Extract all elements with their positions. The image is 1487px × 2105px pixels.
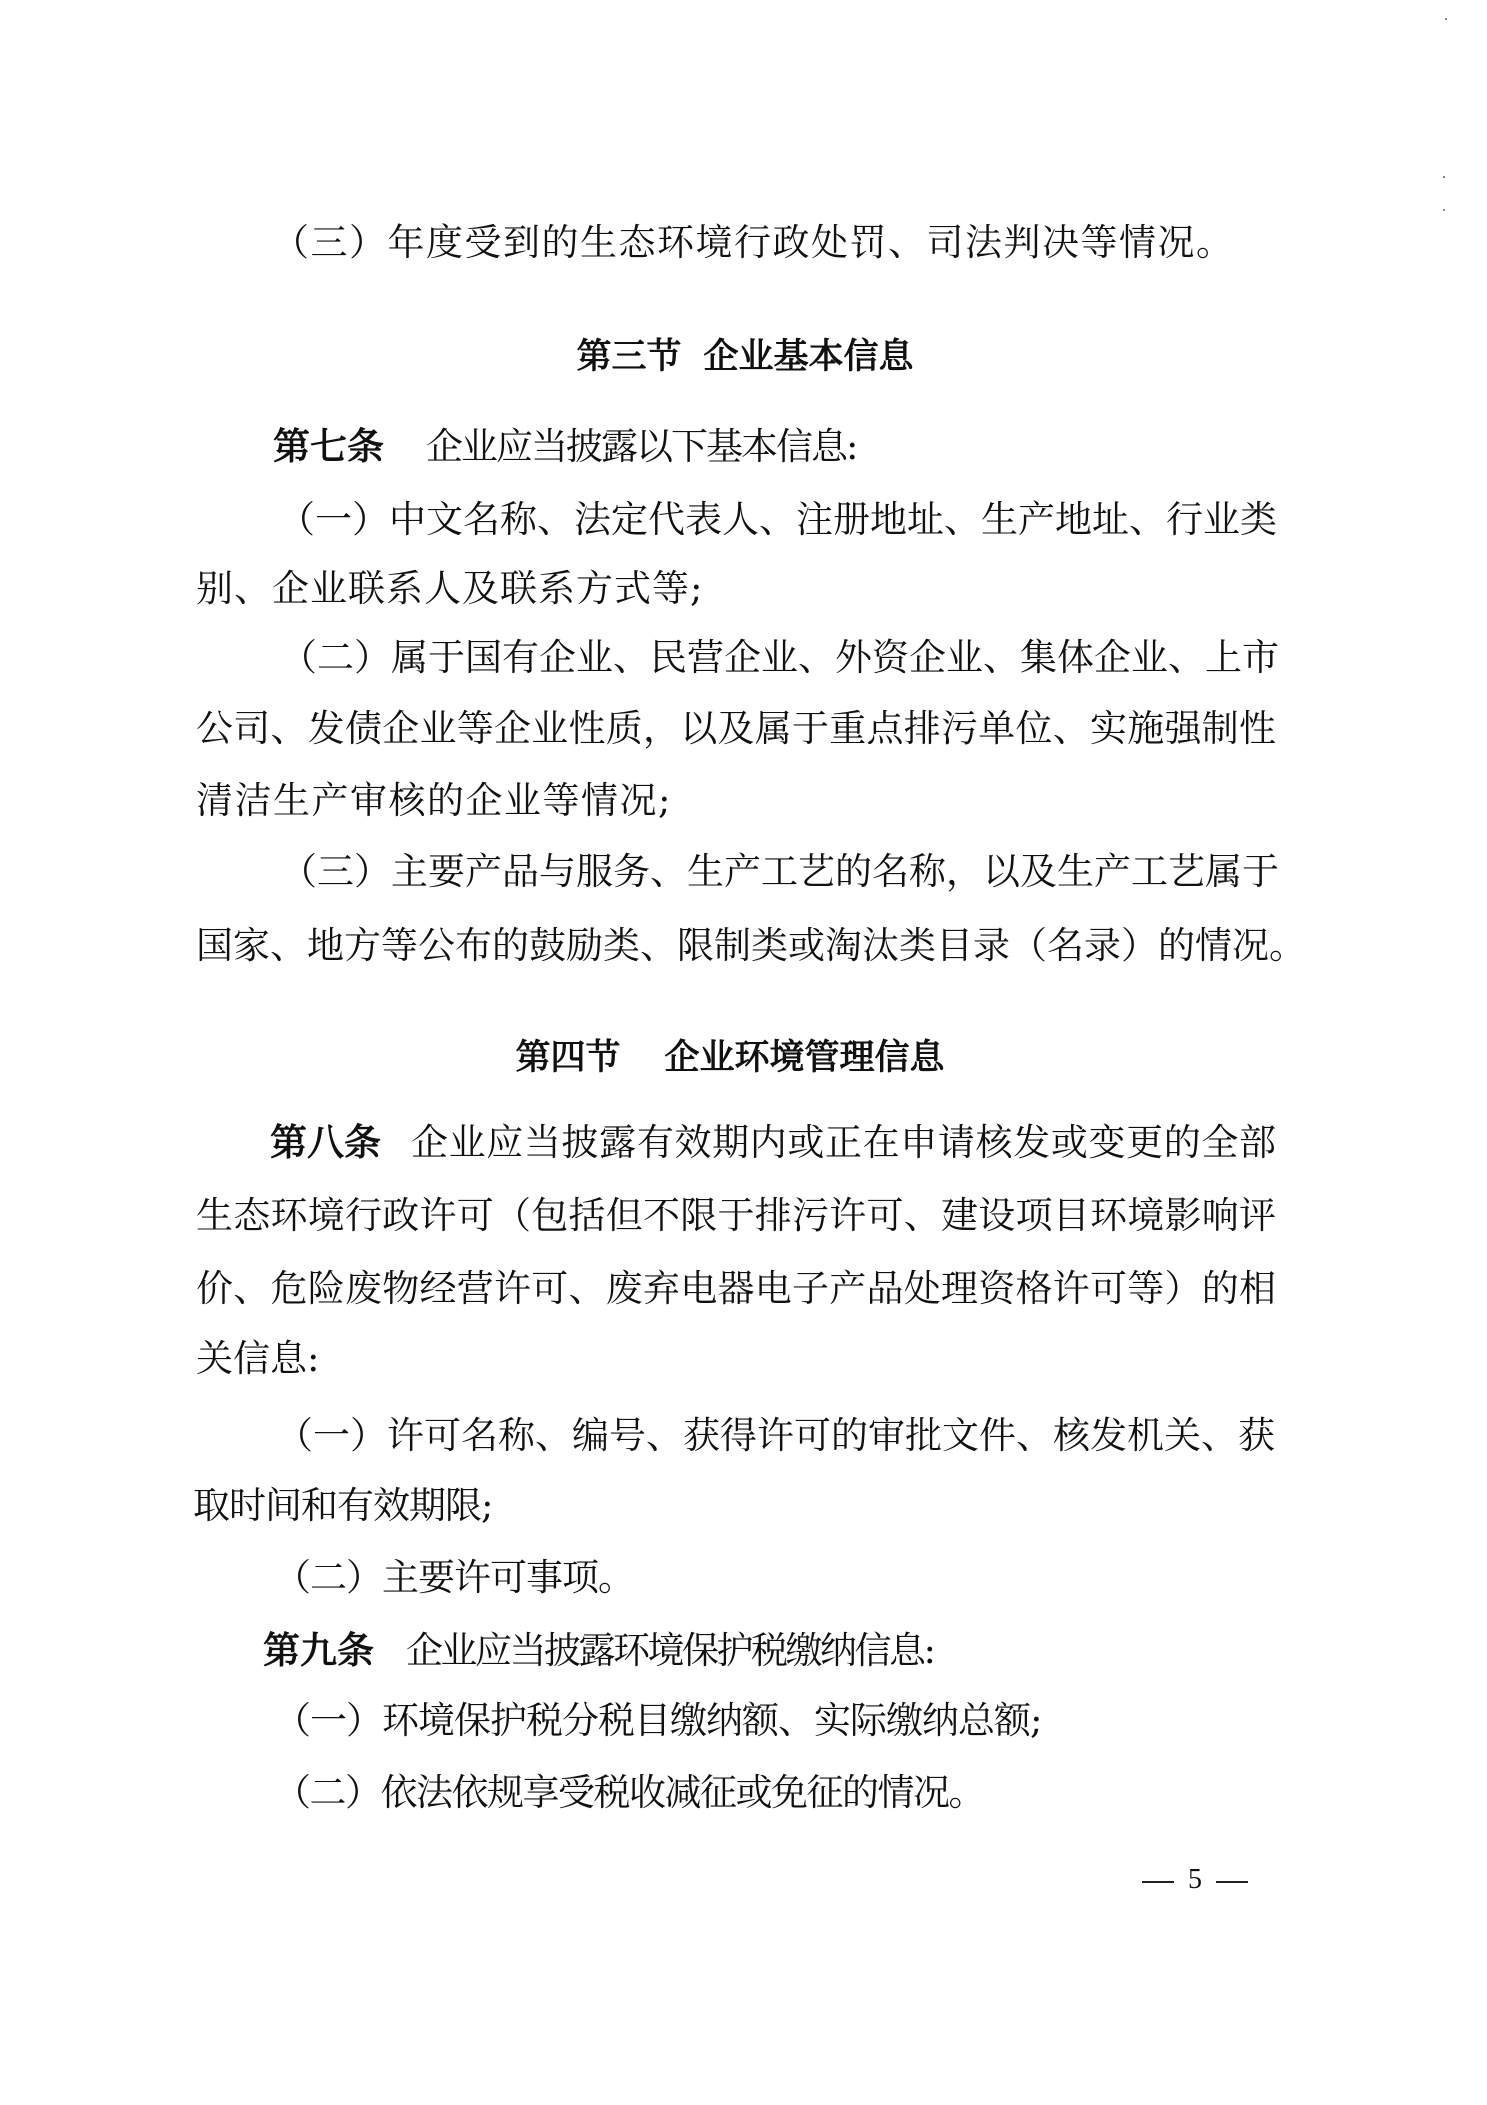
paragraph-line: 关信息: [196, 1337, 496, 1381]
article-text: 企业应当披露有效期内或正在申请核发或变更的全部 [411, 1121, 1276, 1165]
scan-speck [1443, 176, 1445, 178]
page-number: 5 [1128, 1863, 1262, 1897]
paragraph-line: 国家、地方等公布的鼓励类、限制类或淘汰类目录（名录）的情况。 [196, 924, 1276, 968]
scan-speck [1445, 18, 1447, 20]
page-number-value: 5 [1188, 1864, 1202, 1895]
paragraph-line: 清洁生产审核的企业等情况; [196, 779, 896, 823]
section-heading: 第四节企业环境管理信息 [510, 1036, 950, 1080]
paragraph-line: 别、企业联系人及联系方式等; [196, 567, 896, 611]
paragraph-line: （二）属于国有企业、民营企业、外资企业、集体企业、上市 [280, 636, 1274, 680]
paragraph-line: （一）环境保护税分税目缴纳额、实际缴纳总额; [274, 1699, 1074, 1743]
paragraph-line: （一）许可名称、编号、获得许可的审批文件、核发机关、获 [276, 1414, 1274, 1458]
paragraph-line: 生态环境行政许可（包括但不限于排污许可、建设项目环境影响评 [196, 1194, 1276, 1238]
article-first-line: 第七条企业应当披露以下基本信息: [273, 424, 973, 468]
article-label: 第九条 [263, 1628, 374, 1672]
article-first-line: 第九条企业应当披露环境保护税缴纳信息: [263, 1628, 1023, 1672]
document-page: （三）年度受到的生态环境行政处罚、司法判决等情况。 第三节企业基本信息 第七条企… [0, 0, 1487, 2105]
section-heading: 第三节企业基本信息 [560, 335, 930, 379]
article-label: 第八条 [270, 1120, 381, 1164]
section-heading-title: 企业基本信息 [704, 336, 914, 377]
paragraph-line: （二）依法依规享受税收减征或免征的情况。 [274, 1771, 1034, 1815]
article-first-line: 第八条企业应当披露有效期内或正在申请核发或变更的全部 [270, 1120, 1276, 1164]
paragraph-line: （三）主要产品与服务、生产工艺的名称，以及生产工艺属于 [280, 850, 1274, 894]
paragraph-line: 价、危险废物经营许可、废弃电器电子产品处理资格许可等）的相 [196, 1267, 1276, 1311]
dash-right [1216, 1881, 1248, 1883]
dash-left [1142, 1881, 1174, 1883]
article-label: 第七条 [273, 424, 384, 468]
paragraph-line: 取时间和有效期限; [193, 1484, 593, 1528]
paragraph-line: （三）年度受到的生态环境行政处罚、司法判决等情况。 [272, 221, 1232, 265]
article-text: 企业应当披露环境保护税缴纳信息: [406, 1629, 933, 1672]
paragraph-line: （一）中文名称、法定代表人、注册地址、生产地址、行业类 [278, 498, 1276, 542]
section-heading-label: 第三节 [576, 336, 681, 377]
section-heading-title: 企业环境管理信息 [665, 1037, 945, 1078]
paragraph-line: 公司、发债企业等企业性质，以及属于重点排污单位、实施强制性 [196, 707, 1276, 751]
paragraph-line: （二）主要许可事项。 [274, 1556, 674, 1600]
scan-speck [1443, 209, 1445, 211]
article-text: 企业应当披露以下基本信息: [426, 425, 856, 468]
section-heading-label: 第四节 [515, 1037, 620, 1078]
